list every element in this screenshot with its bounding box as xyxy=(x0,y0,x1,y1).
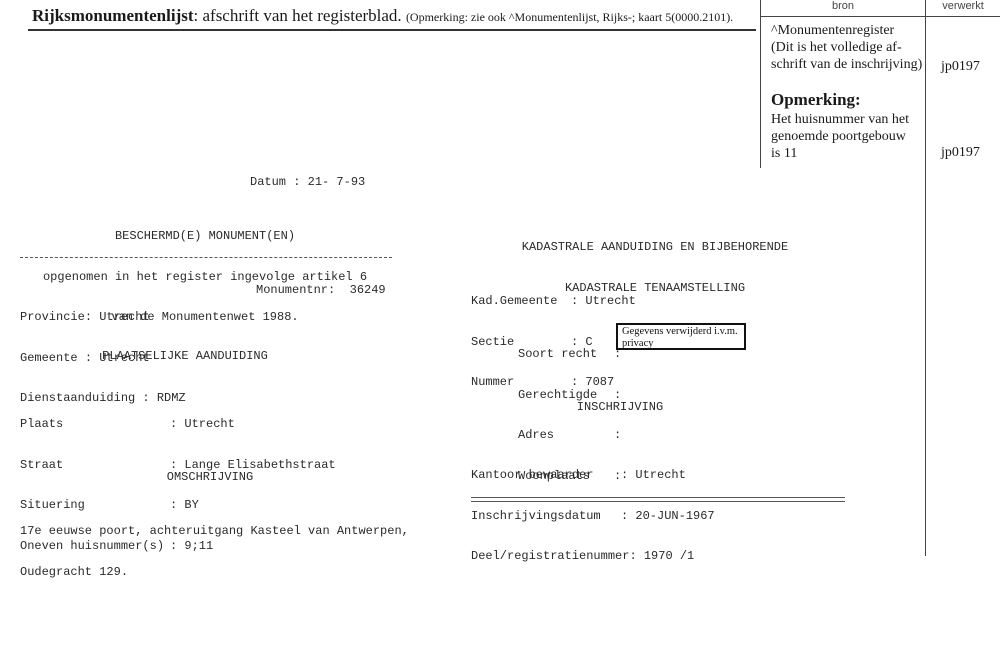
column-header-verwerkt: verwerkt xyxy=(926,0,1000,12)
monument-number: Monumentnr: 36249 xyxy=(256,284,386,298)
remark-heading: Opmerking: xyxy=(771,91,861,108)
bron-line: ^Monumentenregister xyxy=(771,22,926,39)
bron-entry-2: Het huisnummer van het genoemde poortgeb… xyxy=(771,111,921,162)
table-header-rule xyxy=(760,16,1000,17)
rights-row: Adres: xyxy=(518,429,621,443)
description-heading: OMSCHRIJVING xyxy=(20,471,400,485)
bron-line: is 11 xyxy=(771,145,921,162)
page-title: Rijksmonumentenlijst: afschrift van het … xyxy=(32,6,733,26)
registration-row: Inschrijvingsdatum: 20-JUN-1967 xyxy=(471,510,715,524)
description-text: 17e eeuwse poort, achteruitgang Kasteel … xyxy=(20,498,409,593)
datum-label: Datum xyxy=(250,175,286,189)
datum-line: Datum : 21- 7-93 xyxy=(250,176,365,190)
bron-line: genoemde poortgebouw xyxy=(771,128,921,145)
dashed-separator xyxy=(20,257,392,258)
verwerkt-column-border xyxy=(925,0,926,556)
bron-line: Het huisnummer van het xyxy=(771,111,921,128)
registration-row: Kantoor bewaarder: Utrecht xyxy=(471,469,715,483)
heading-line: opgenomen in het register ingevolge arti… xyxy=(20,271,390,285)
double-separator xyxy=(471,497,845,502)
registration-block: Kantoor bewaarder: Utrecht Inschrijvings… xyxy=(471,442,715,577)
datum-value: 21- 7-93 xyxy=(308,175,366,189)
bron-line: (Dit is het volledige af- xyxy=(771,39,926,56)
cadastral-row: Kad.Gemeente: Utrecht xyxy=(471,295,636,309)
heading-line: BESCHERMD(E) MONUMENT(EN) xyxy=(20,230,390,244)
verwerkt-entry-2: jp0197 xyxy=(941,144,980,161)
bron-line: schrift van de inschrijving) xyxy=(771,56,926,73)
monumentnr-label: Monumentnr: xyxy=(256,283,335,297)
privacy-redaction-box: Gegevens verwijderd i.v.m. privacy xyxy=(616,323,746,350)
admin-row: Provincie: Utrecht xyxy=(20,311,186,325)
registration-row: Deel/registratienummer: 1970 /1 xyxy=(471,550,715,564)
registration-heading: INSCHRIJVING xyxy=(470,401,770,415)
title-bold: Rijksmonumentenlijst xyxy=(32,6,194,25)
location-row: Plaats: Utrecht xyxy=(20,418,336,432)
monumentnr-value: 36249 xyxy=(350,283,386,297)
verwerkt-entry-1: jp0197 xyxy=(941,58,980,75)
column-header-bron: bron xyxy=(761,0,925,12)
title-note: (Opmerking: zie ook ^Monumentenlijst, Ri… xyxy=(406,10,733,24)
heading-line: KADASTRALE AANDUIDING EN BIJBEHORENDE xyxy=(470,241,840,255)
bron-column-border xyxy=(760,0,761,168)
bron-entry-1: ^Monumentenregister (Dit is het volledig… xyxy=(771,22,926,73)
title-rest: : afschrift van het registerblad. xyxy=(194,6,402,25)
title-underline xyxy=(28,29,756,31)
description-line: 17e eeuwse poort, achteruitgang Kasteel … xyxy=(20,525,409,539)
description-line: Oudegracht 129. xyxy=(20,566,409,580)
rights-row: Soort recht: xyxy=(518,348,621,362)
location-heading: PLAATSELIJKE AANDUIDING xyxy=(20,350,350,364)
